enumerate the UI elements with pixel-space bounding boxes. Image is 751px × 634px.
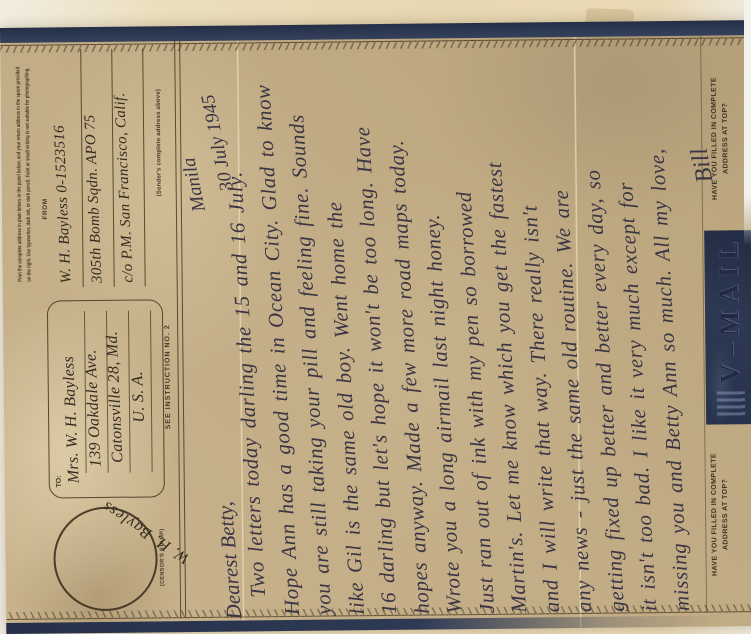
to-rule (150, 310, 153, 472)
to-address-line: U. S. A. (129, 371, 149, 423)
address-prompt-line-2: ADDRESS AT TOP? (720, 60, 732, 216)
header-divider-rule (174, 40, 186, 618)
fine-print-instructions: Print the complete address in plain lett… (14, 50, 34, 282)
from-address-line: W. H. Bayless 0-1523516 (51, 125, 75, 284)
from-rule (80, 49, 83, 287)
address-prompt-line-1: HAVE YOU FILLED IN COMPLETE (709, 60, 721, 216)
from-address-line: c/o P.M. San Francisco, Calif. (112, 92, 138, 283)
from-address-line: 305th Bomb Sqdn. APO 75 (82, 114, 107, 283)
to-address-line: Mrs. W. H. Bayless (60, 355, 84, 483)
letter-body: Two letters today darling the 15 and 16 … (241, 36, 702, 616)
to-label: TO: (56, 475, 63, 487)
from-rule (142, 49, 145, 287)
from-label: FROM (42, 198, 49, 219)
censor-stamp-circle: W. H. Bayless (53, 506, 158, 611)
from-rule (111, 49, 114, 287)
letter-place: Manila (178, 155, 211, 213)
vmail-logo-text: V–MAIL (713, 235, 746, 384)
address-prompt-line-2: ADDRESS AT TOP? (720, 436, 732, 592)
address-prompt-right: HAVE YOU FILLED IN COMPLETE ADDRESS AT T… (709, 60, 732, 216)
address-prompt-left: HAVE YOU FILLED IN COMPLETE ADDRESS AT T… (709, 436, 732, 592)
morse-code-stripes-icon (716, 391, 744, 415)
fine-print-line-2: on the right. Use typewriter, dark ink, … (24, 105, 35, 281)
censor-stamp-label: (CENSOR'S STAMP) (159, 510, 166, 604)
vmail-logo-block: V–MAIL (704, 230, 751, 425)
see-instruction-note: SEE INSTRUCTION NO. 2 (164, 324, 172, 429)
scanned-vmail-letter: Print the complete address in plain lett… (0, 0, 751, 634)
to-address-box: TO: Mrs. W. H. Bayless 139 Oakdale Ave. … (47, 299, 165, 498)
sender-note: (Sender's complete address above) (156, 89, 163, 196)
vmail-page: Print the complete address in plain lett… (0, 20, 751, 634)
scanner-background-strip (744, 0, 751, 245)
address-prompt-line-1: HAVE YOU FILLED IN COMPLETE (709, 436, 721, 592)
